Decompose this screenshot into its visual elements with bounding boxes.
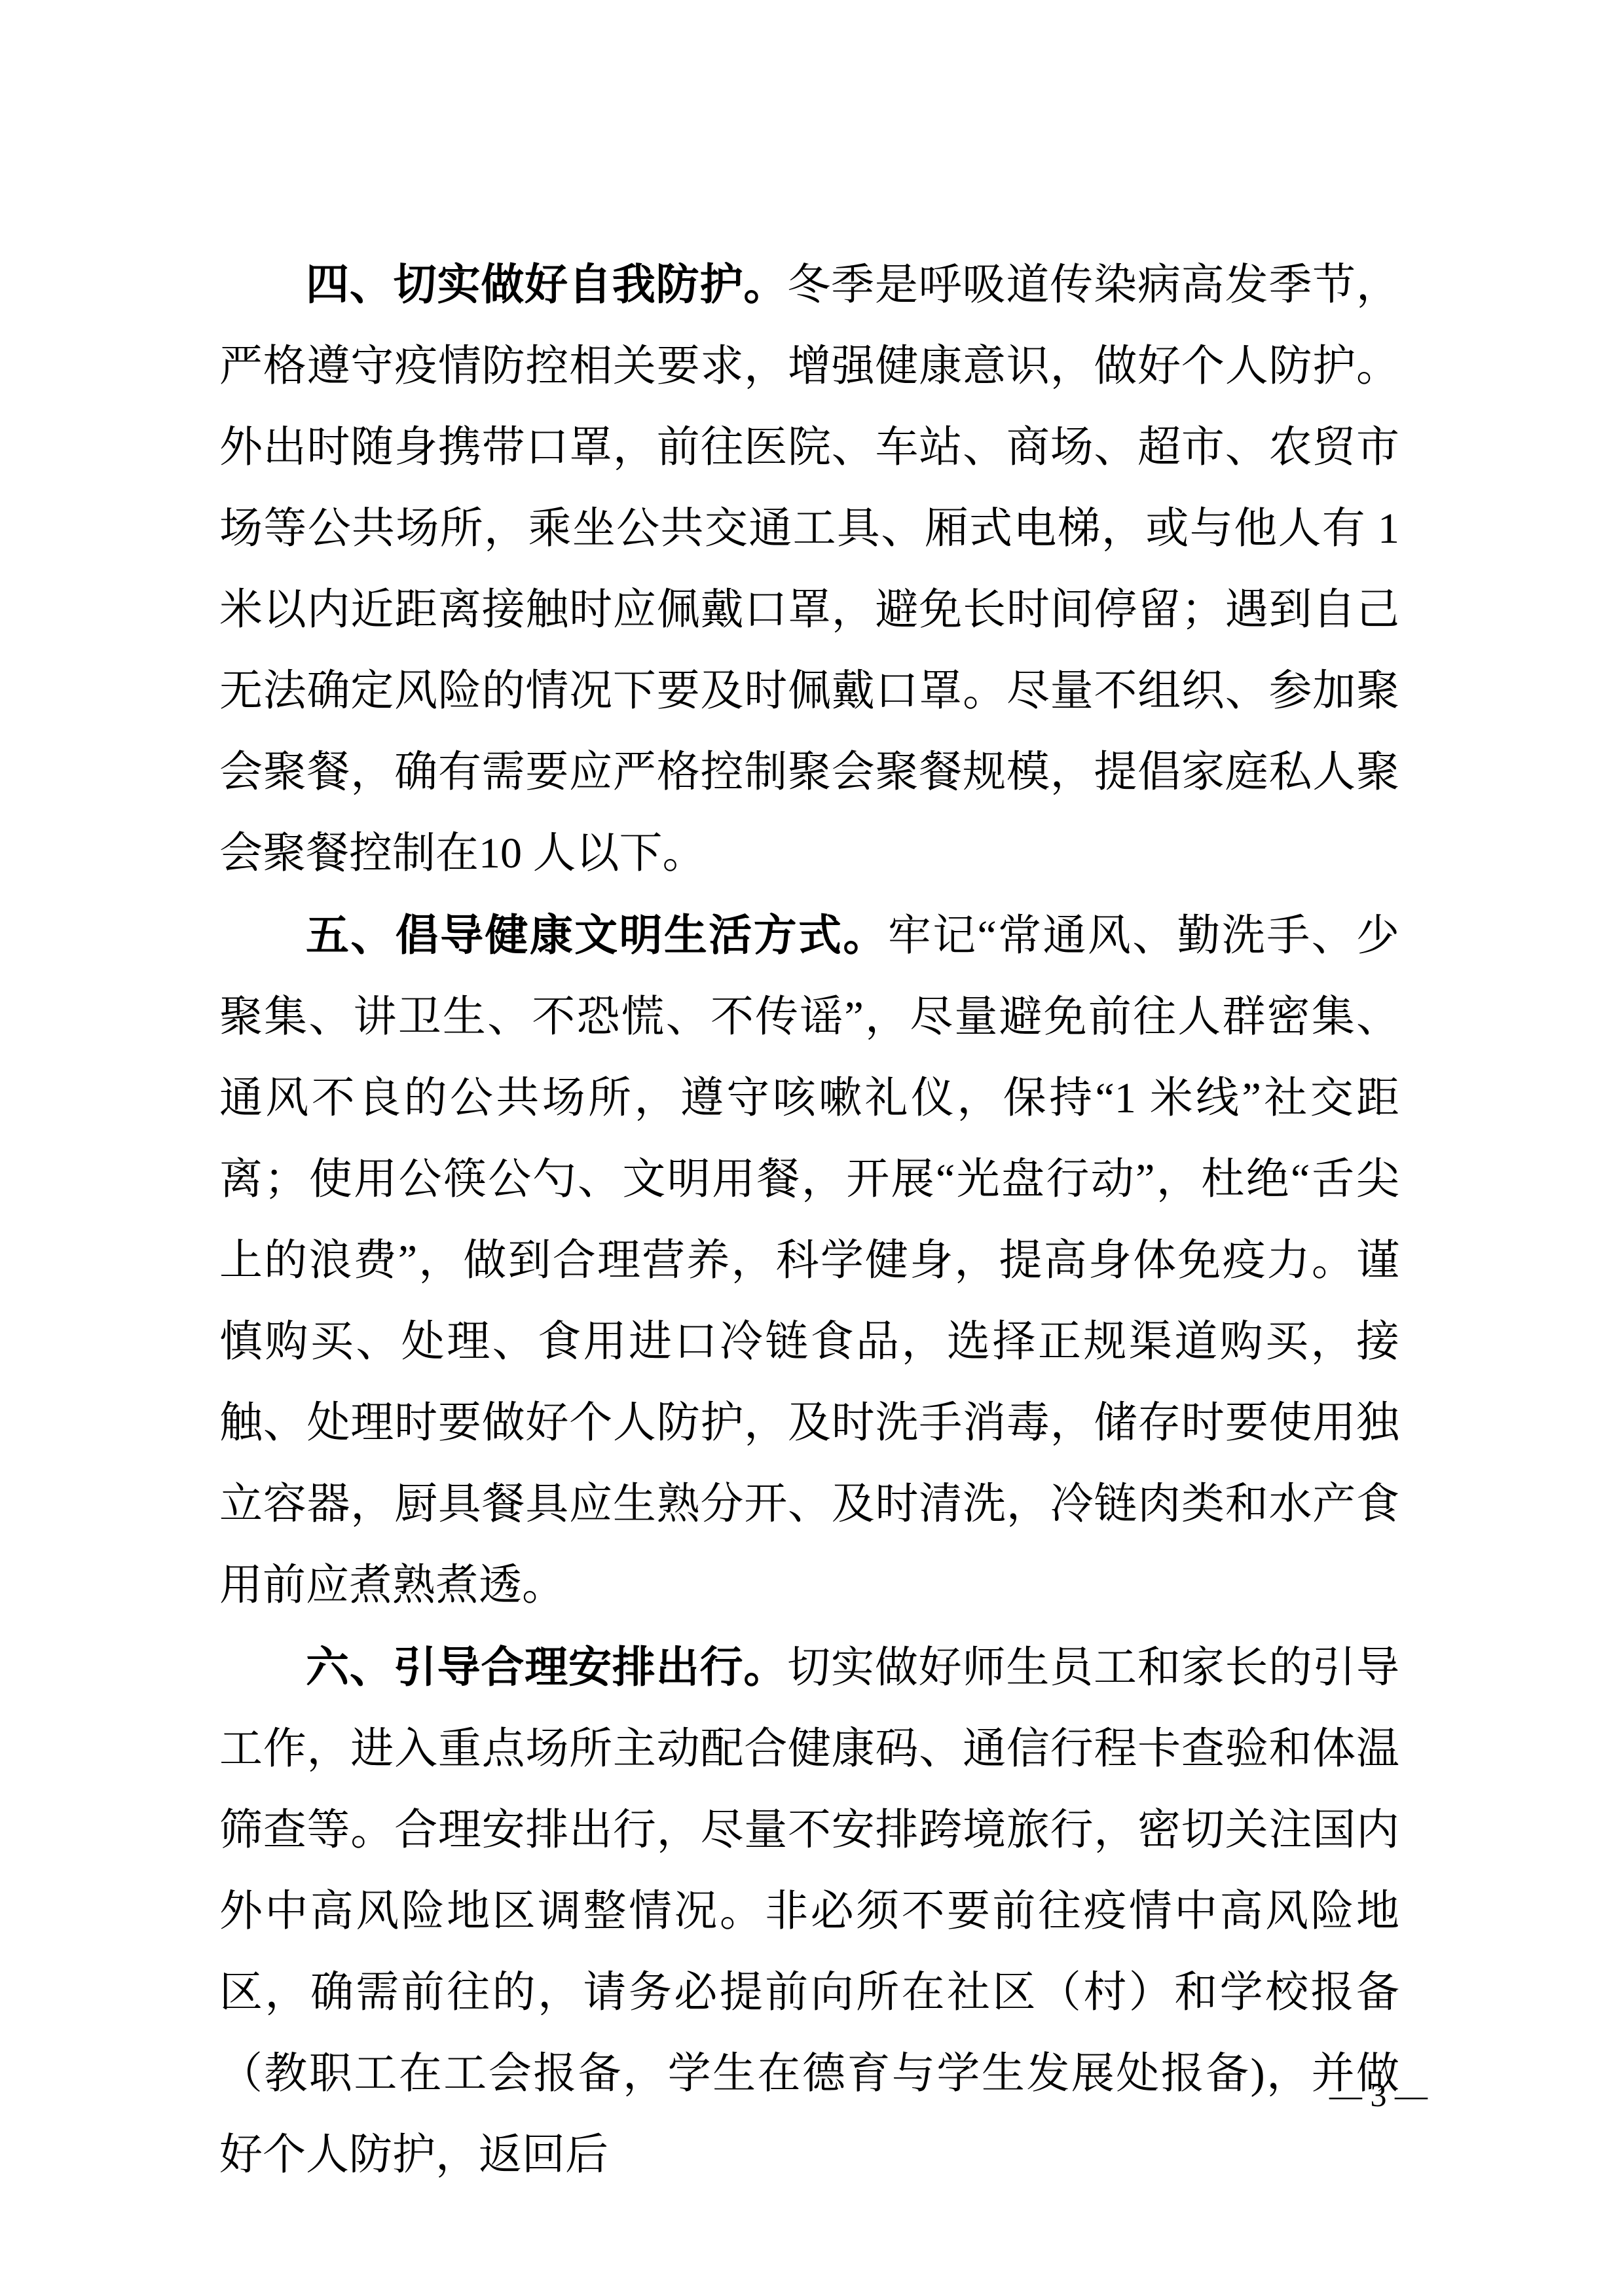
paragraph-3-heading: 六、引导合理安排出行。 <box>306 1643 787 1691</box>
paragraph-3: 六、引导合理安排出行。切实做好师生员工和家长的引导工作，进入重点场所主动配合健康… <box>219 1626 1399 2196</box>
paragraph-2-body: 牢记“常通风、勤洗手、少聚集、讲卫生、不恐慌、不传谣”，尽量避免前往人群密集、通… <box>219 912 1399 1609</box>
paragraph-3-body: 切实做好师生员工和家长的引导工作，进入重点场所主动配合健康码、通信行程卡查验和体… <box>219 1644 1399 2179</box>
paragraph-2: 五、倡导健康文明生活方式。牢记“常通风、勤洗手、少聚集、讲卫生、不恐慌、不传谣”… <box>219 894 1399 1626</box>
paragraph-1: 四、切实做好自我防护。冬季是呼吸道传染病高发季节，严格遵守疫情防控相关要求，增强… <box>219 244 1399 894</box>
document-body: 四、切实做好自我防护。冬季是呼吸道传染病高发季节，严格遵守疫情防控相关要求，增强… <box>219 244 1399 2196</box>
paragraph-2-heading: 五、倡导健康文明生活方式。 <box>306 911 888 959</box>
paragraph-1-heading: 四、切实做好自我防护。 <box>306 260 787 308</box>
paragraph-1-body: 冬季是呼吸道传染病高发季节，严格遵守疫情防控相关要求，增强健康意识，做好个人防护… <box>219 261 1399 877</box>
document-page: 四、切实做好自我防护。冬季是呼吸道传染病高发季节，严格遵守疫情防控相关要求，增强… <box>0 0 1624 2296</box>
page-number: — 3 — <box>1329 2079 1428 2111</box>
